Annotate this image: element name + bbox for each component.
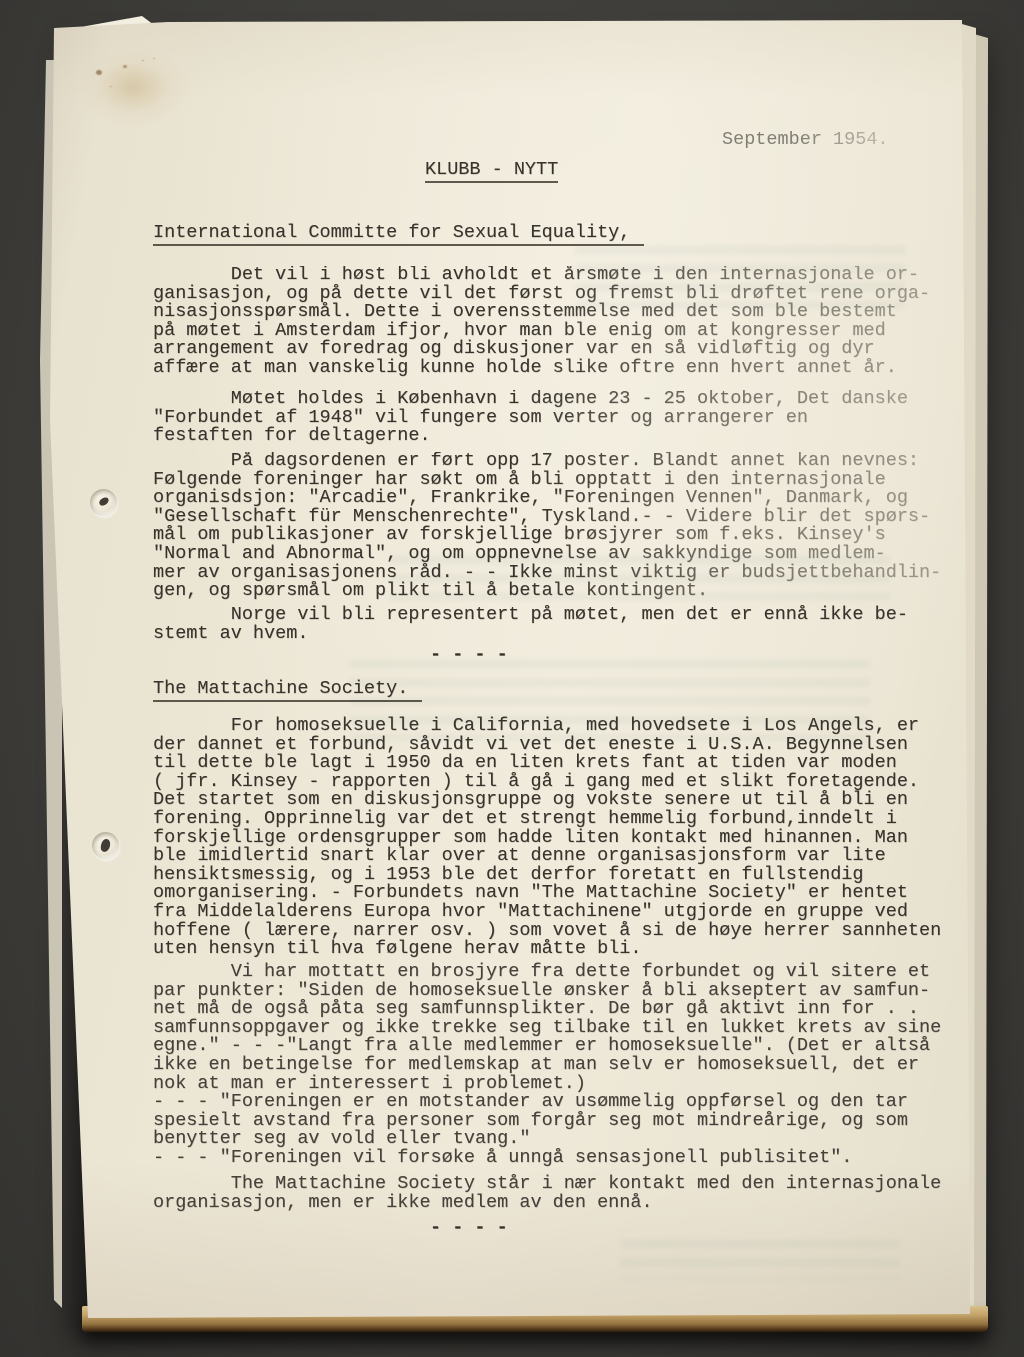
- section-heading-mattachine: The Mattachine Society.: [153, 680, 422, 702]
- section-heading-icse: International Committe for Sexual Equali…: [153, 224, 644, 246]
- paragraph-icse-1: Det vil i høst bli avholdt et årsmøte i …: [153, 266, 930, 378]
- paragraph-mattachine-1: For homoseksuelle i California, med hove…: [153, 717, 941, 959]
- newsletter-title: KLUBB - NYTT: [425, 161, 558, 183]
- paragraph-icse-2: Møtet holdes i København i dagene 23 - 2…: [153, 390, 908, 446]
- hole-punch-bottom: [92, 832, 119, 859]
- paragraph-mattachine-3: - - - "Foreningen er en motstander av us…: [153, 1093, 908, 1167]
- paragraph-mattachine-4: The Mattachine Society står i nær kontak…: [153, 1175, 941, 1212]
- scanned-document-background: September 1954. KLUBB - NYTT Internation…: [0, 0, 1024, 1357]
- hole-punch-top: [90, 489, 117, 516]
- paragraph-icse-4: Norge vil bli representert på møtet, men…: [153, 606, 908, 643]
- date-line: September 1954.: [722, 131, 889, 150]
- paper-stain: [78, 48, 188, 126]
- dash-separator: - - - -: [430, 646, 508, 665]
- paragraph-icse-3: På dagsordenen er ført opp 17 poster. Bl…: [153, 452, 941, 601]
- dash-separator: - - - -: [430, 1219, 508, 1238]
- paragraph-mattachine-2: Vi har mottatt en brosjyre fra dette for…: [153, 963, 941, 1093]
